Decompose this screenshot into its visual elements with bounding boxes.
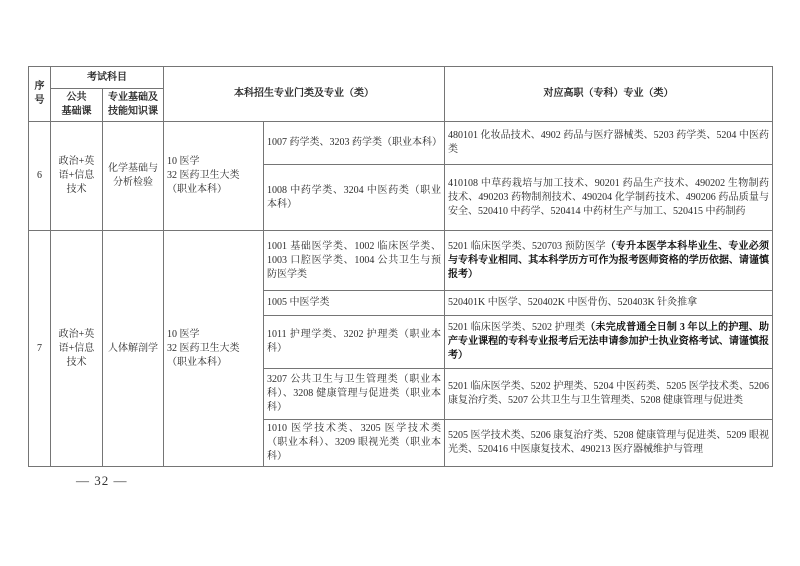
- vocational-majors-text: 5201 临床医学类、520703 预防医学: [448, 241, 606, 252]
- majors-mapping-table: 序 号 考试科目 本科招生专业门类及专业（类） 对应高职（专科）专业（类） 公共…: [28, 66, 773, 467]
- header-row-1: 序 号 考试科目 本科招生专业门类及专业（类） 对应高职（专科）专业（类）: [29, 67, 773, 89]
- row-7-professional-course-cell: 人体解剖学: [103, 231, 164, 467]
- header-exam-subjects: 考试科目: [51, 67, 164, 89]
- vocational-majors-text: 5201 临床医学类、5202 护理类: [448, 322, 585, 333]
- row-6-category-cell: 10 医学 32 医药卫生大类 （职业本科）: [164, 122, 264, 231]
- row-7-category-cell: 10 医学 32 医药卫生大类 （职业本科）: [164, 231, 264, 467]
- vocational-majors-cell: 5201 临床医学类、5202 护理类（未完成普通全日制 3 年以上的护理、助产…: [445, 316, 773, 369]
- undergrad-majors-cell: 1007 药学类、3203 药学类（职业本科）: [264, 122, 445, 165]
- vocational-majors-cell: 520401K 中医学、520402K 中医骨伤、520403K 针灸推拿: [445, 291, 773, 316]
- row-6-serial: 6: [29, 122, 51, 231]
- undergrad-majors-cell: 1010 医学技术类、3205 医学技术类（职业本科）、3209 眼视光类（职业…: [264, 420, 445, 467]
- row-6-public-course-cell: 政治+英语+信息技术: [51, 122, 103, 231]
- undergrad-majors-cell: 1011 护理学类、3202 护理类（职业本科）: [264, 316, 445, 369]
- vocational-majors-cell: 410108 中草药栽培与加工技术、90201 药品生产技术、490202 生物…: [445, 165, 773, 231]
- vocational-majors-cell: 5205 医学技术类、5206 康复治疗类、5208 健康管理与促进类、5209…: [445, 420, 773, 467]
- header-vocational-majors: 对应高职（专科）专业（类）: [445, 67, 773, 122]
- row-7-public-course-cell: 政治+英语+信息技术: [51, 231, 103, 467]
- header-serial: 序 号: [29, 67, 51, 122]
- row-7-serial: 7: [29, 231, 51, 467]
- row-7-subrow-1: 7 政治+英语+信息技术 人体解剖学 10 医学 32 医药卫生大类 （职业本科…: [29, 231, 773, 291]
- document-page: 序 号 考试科目 本科招生专业门类及专业（类） 对应高职（专科）专业（类） 公共…: [0, 0, 800, 566]
- vocational-majors-cell: 480101 化妆品技术、4902 药品与医疗器械类、5203 药学类、5204…: [445, 122, 773, 165]
- undergrad-majors-cell: 1001 基础医学类、1002 临床医学类、1003 口腔医学类、1004 公共…: [264, 231, 445, 291]
- row-6-professional-course-cell: 化学基础与分析检验: [103, 122, 164, 231]
- undergrad-majors-cell: 3207 公共卫生与卫生管理类（职业本科）、3208 健康管理与促进类（职业本科…: [264, 369, 445, 420]
- header-public-basic: 公共 基础课: [51, 89, 103, 122]
- page-number: — 32 —: [76, 473, 128, 489]
- undergrad-majors-cell: 1008 中药学类、3204 中医药类（职业本科）: [264, 165, 445, 231]
- vocational-majors-cell: 5201 临床医学类、520703 预防医学（专升本医学本科毕业生、专业必须与专…: [445, 231, 773, 291]
- undergrad-majors-cell: 1005 中医学类: [264, 291, 445, 316]
- vocational-majors-cell: 5201 临床医学类、5202 护理类、5204 中医药类、5205 医学技术类…: [445, 369, 773, 420]
- header-undergrad-majors: 本科招生专业门类及专业（类）: [164, 67, 445, 122]
- header-professional-basic: 专业基础及 技能知识课: [103, 89, 164, 122]
- row-6-subrow-1: 6 政治+英语+信息技术 化学基础与分析检验 10 医学 32 医药卫生大类 （…: [29, 122, 773, 165]
